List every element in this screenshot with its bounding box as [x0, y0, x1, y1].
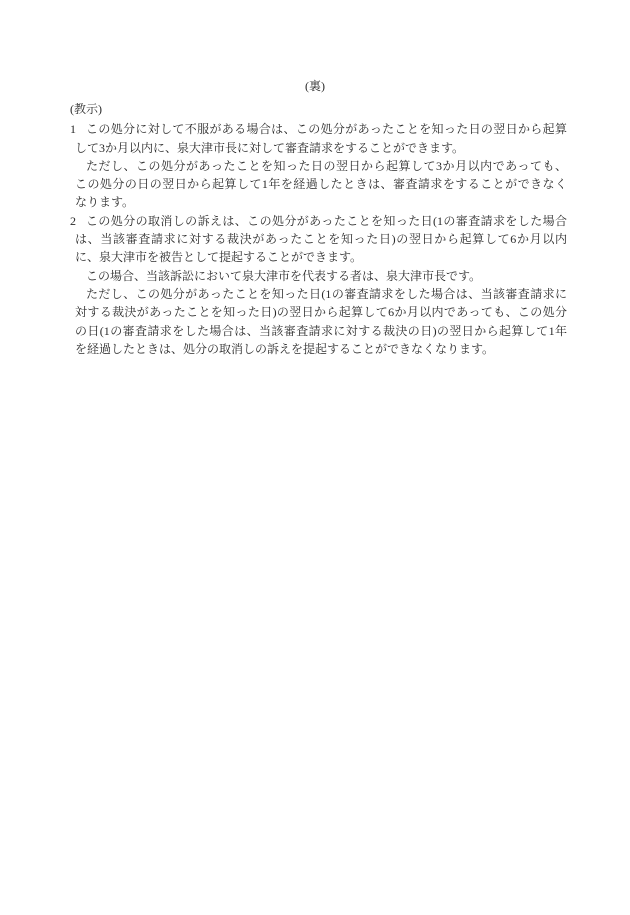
list-item-2-line-2: は、当該審査請求に対する裁決があったことを知った日)の翌日から起算して6か月以内: [70, 230, 567, 248]
document-body: (教示) 1 この処分に対して不服がある場合は、この処分があったことを知った日の…: [70, 100, 567, 358]
text-line: ただし、この処分があったことを知った日(1の審査請求をした場合は、当該審査請求に: [86, 285, 567, 303]
text-line: この処分の日の翌日から起算して1年を経過したときは、審査請求をすることができなく: [75, 175, 567, 193]
list-item-2-line-1: 2 この処分の取消しの訴えは、この処分があったことを知った日(1の審査請求をした…: [70, 212, 567, 230]
list-item-2-line-7: の日(1の審査請求をした場合は、当該審査請求に対する裁決の日)の翌日から起算して…: [70, 322, 567, 340]
list-item-1-line-4: この処分の日の翌日から起算して1年を経過したときは、審査請求をすることができなく: [70, 175, 567, 193]
list-item-2-line-4: この場合、当該訴訟において泉大津市を代表する者は、泉大津市長です。: [70, 267, 567, 285]
list-item-2-line-3: に、泉大津市を被告として提起することができます。: [70, 248, 567, 266]
text-line: この場合、当該訴訟において泉大津市を代表する者は、泉大津市長です。: [86, 267, 567, 285]
text-line: この処分に対して不服がある場合は、この処分があったことを知った日の翌日から起算: [86, 120, 567, 138]
text-line: なります。: [75, 193, 567, 211]
text-line: 対する裁決があったことを知った日)の翌日から起算して6か月以内であっても、この処…: [75, 303, 567, 321]
text-line: この処分の取消しの訴えは、この処分があったことを知った日(1の審査請求をした場合: [86, 212, 567, 230]
text-line: は、当該審査請求に対する裁決があったことを知った日)の翌日から起算して6か月以内: [75, 230, 567, 248]
list-item-2-line-5: ただし、この処分があったことを知った日(1の審査請求をした場合は、当該審査請求に: [70, 285, 567, 303]
section-label: (教示): [70, 100, 567, 118]
list-item-1-line-2: して3か月以内に、泉大津市長に対して審査請求をすることができます。: [70, 139, 567, 157]
text-line: の日(1の審査請求をした場合は、当該審査請求に対する裁決の日)の翌日から起算して…: [75, 322, 567, 340]
list-item-1-line-3: ただし、この処分があったことを知った日の翌日から起算して3か月以内であっても、: [70, 157, 567, 175]
text-line: ただし、この処分があったことを知った日の翌日から起算して3か月以内であっても、: [86, 157, 567, 175]
list-item-1-line-5: なります。: [70, 193, 567, 211]
item-number: 1: [70, 120, 86, 138]
text-line: に、泉大津市を被告として提起することができます。: [75, 248, 567, 266]
item-number: 2: [70, 212, 86, 230]
text-line: を経過したときは、処分の取消しの訴えを提起することができなくなります。: [75, 340, 567, 358]
list-item-2-line-8: を経過したときは、処分の取消しの訴えを提起することができなくなります。: [70, 340, 567, 358]
text-line: して3か月以内に、泉大津市長に対して審査請求をすることができます。: [75, 139, 567, 157]
page-side-label: (裏): [0, 79, 630, 94]
list-item-2-line-6: 対する裁決があったことを知った日)の翌日から起算して6か月以内であっても、この処…: [70, 303, 567, 321]
document-page: (裏) (教示) 1 この処分に対して不服がある場合は、この処分があったことを知…: [0, 0, 630, 915]
list-item-1-line-1: 1 この処分に対して不服がある場合は、この処分があったことを知った日の翌日から起…: [70, 120, 567, 138]
